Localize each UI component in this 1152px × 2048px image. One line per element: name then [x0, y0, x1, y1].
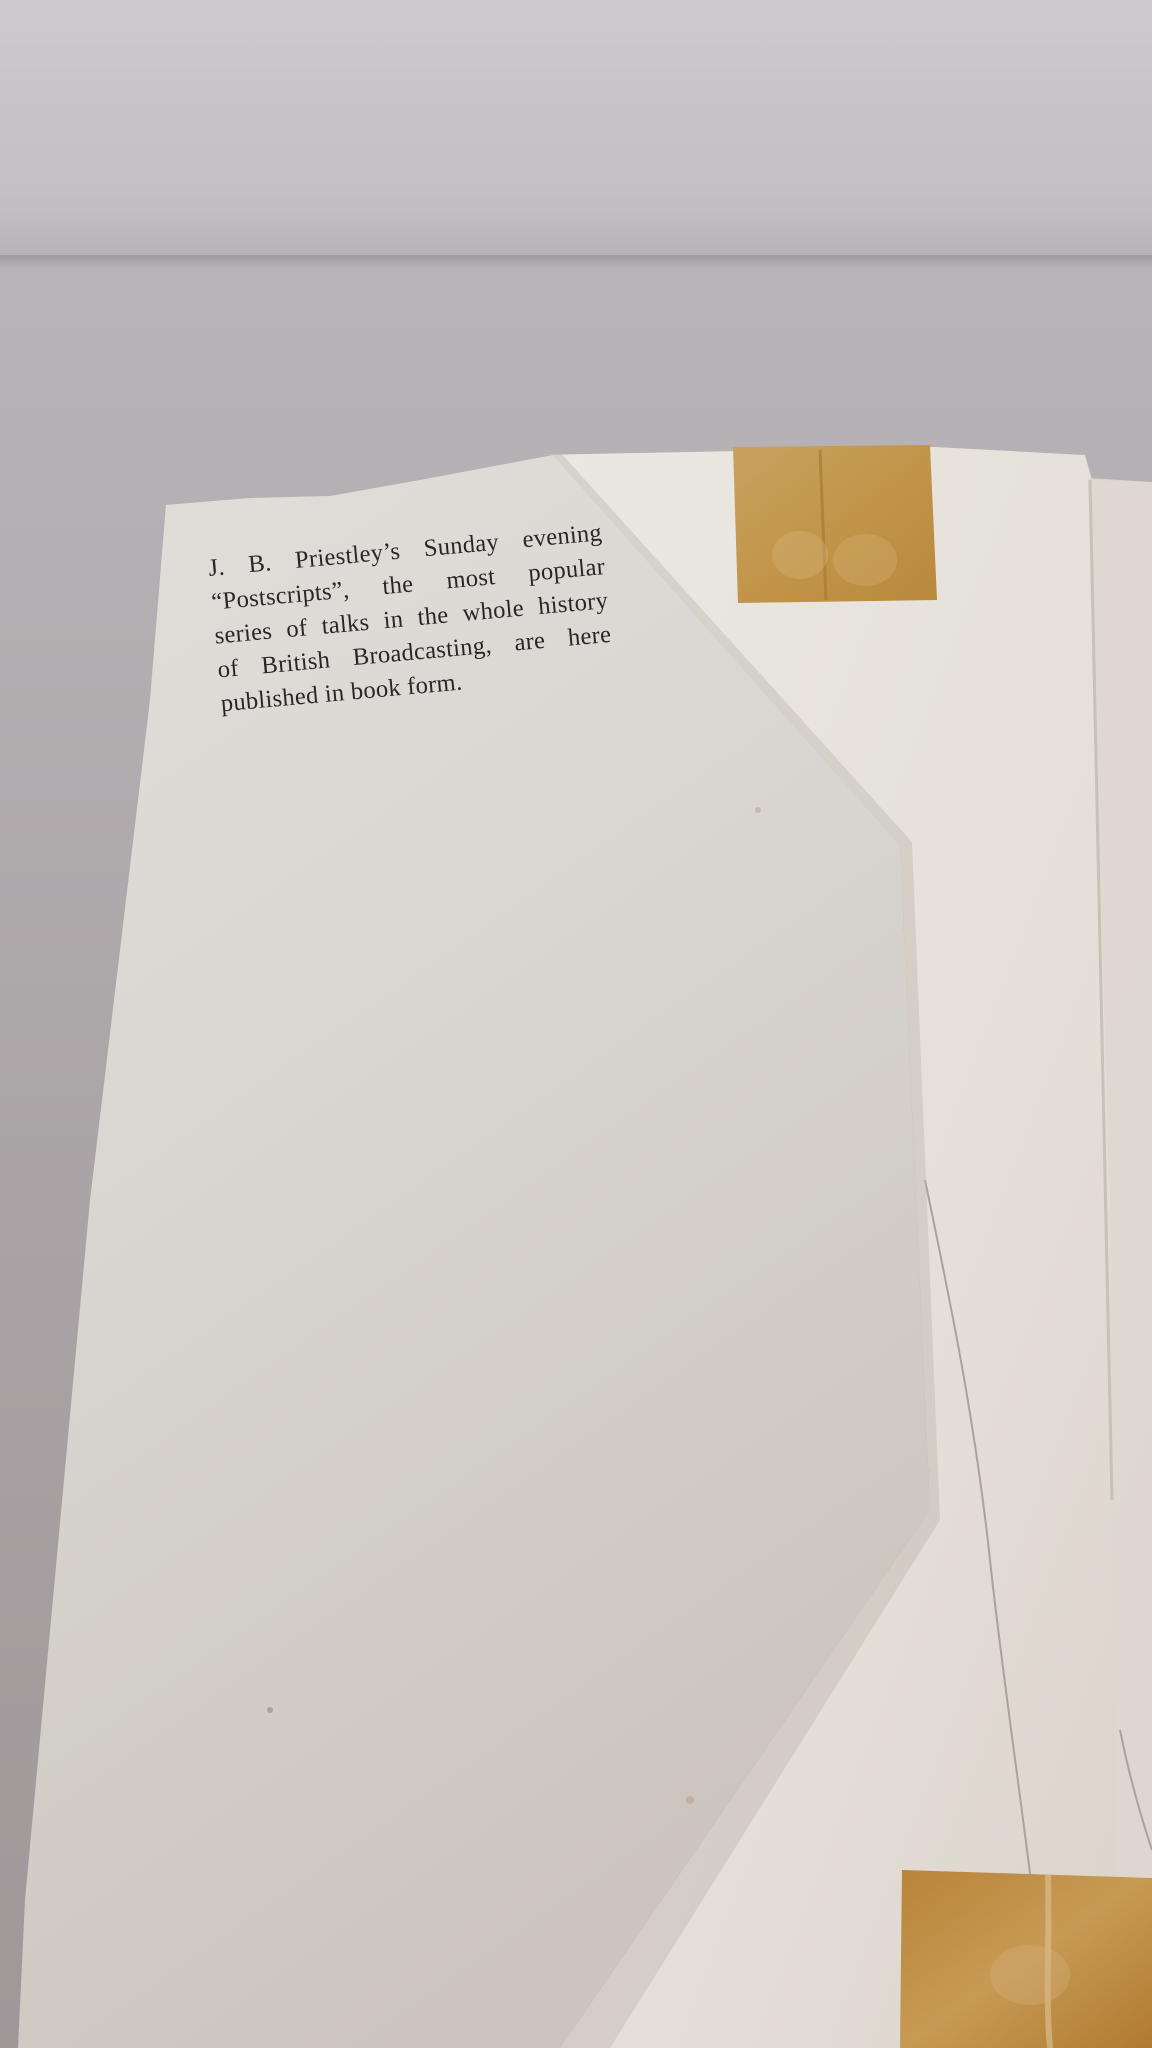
flap-blurb-text: J. B. Priestley’s Sunday evening “Postsc…	[207, 516, 616, 721]
aged-tape-bottom	[900, 1870, 1152, 2048]
aged-tape-top	[733, 445, 937, 603]
dust-jacket-scene	[0, 0, 1152, 2048]
